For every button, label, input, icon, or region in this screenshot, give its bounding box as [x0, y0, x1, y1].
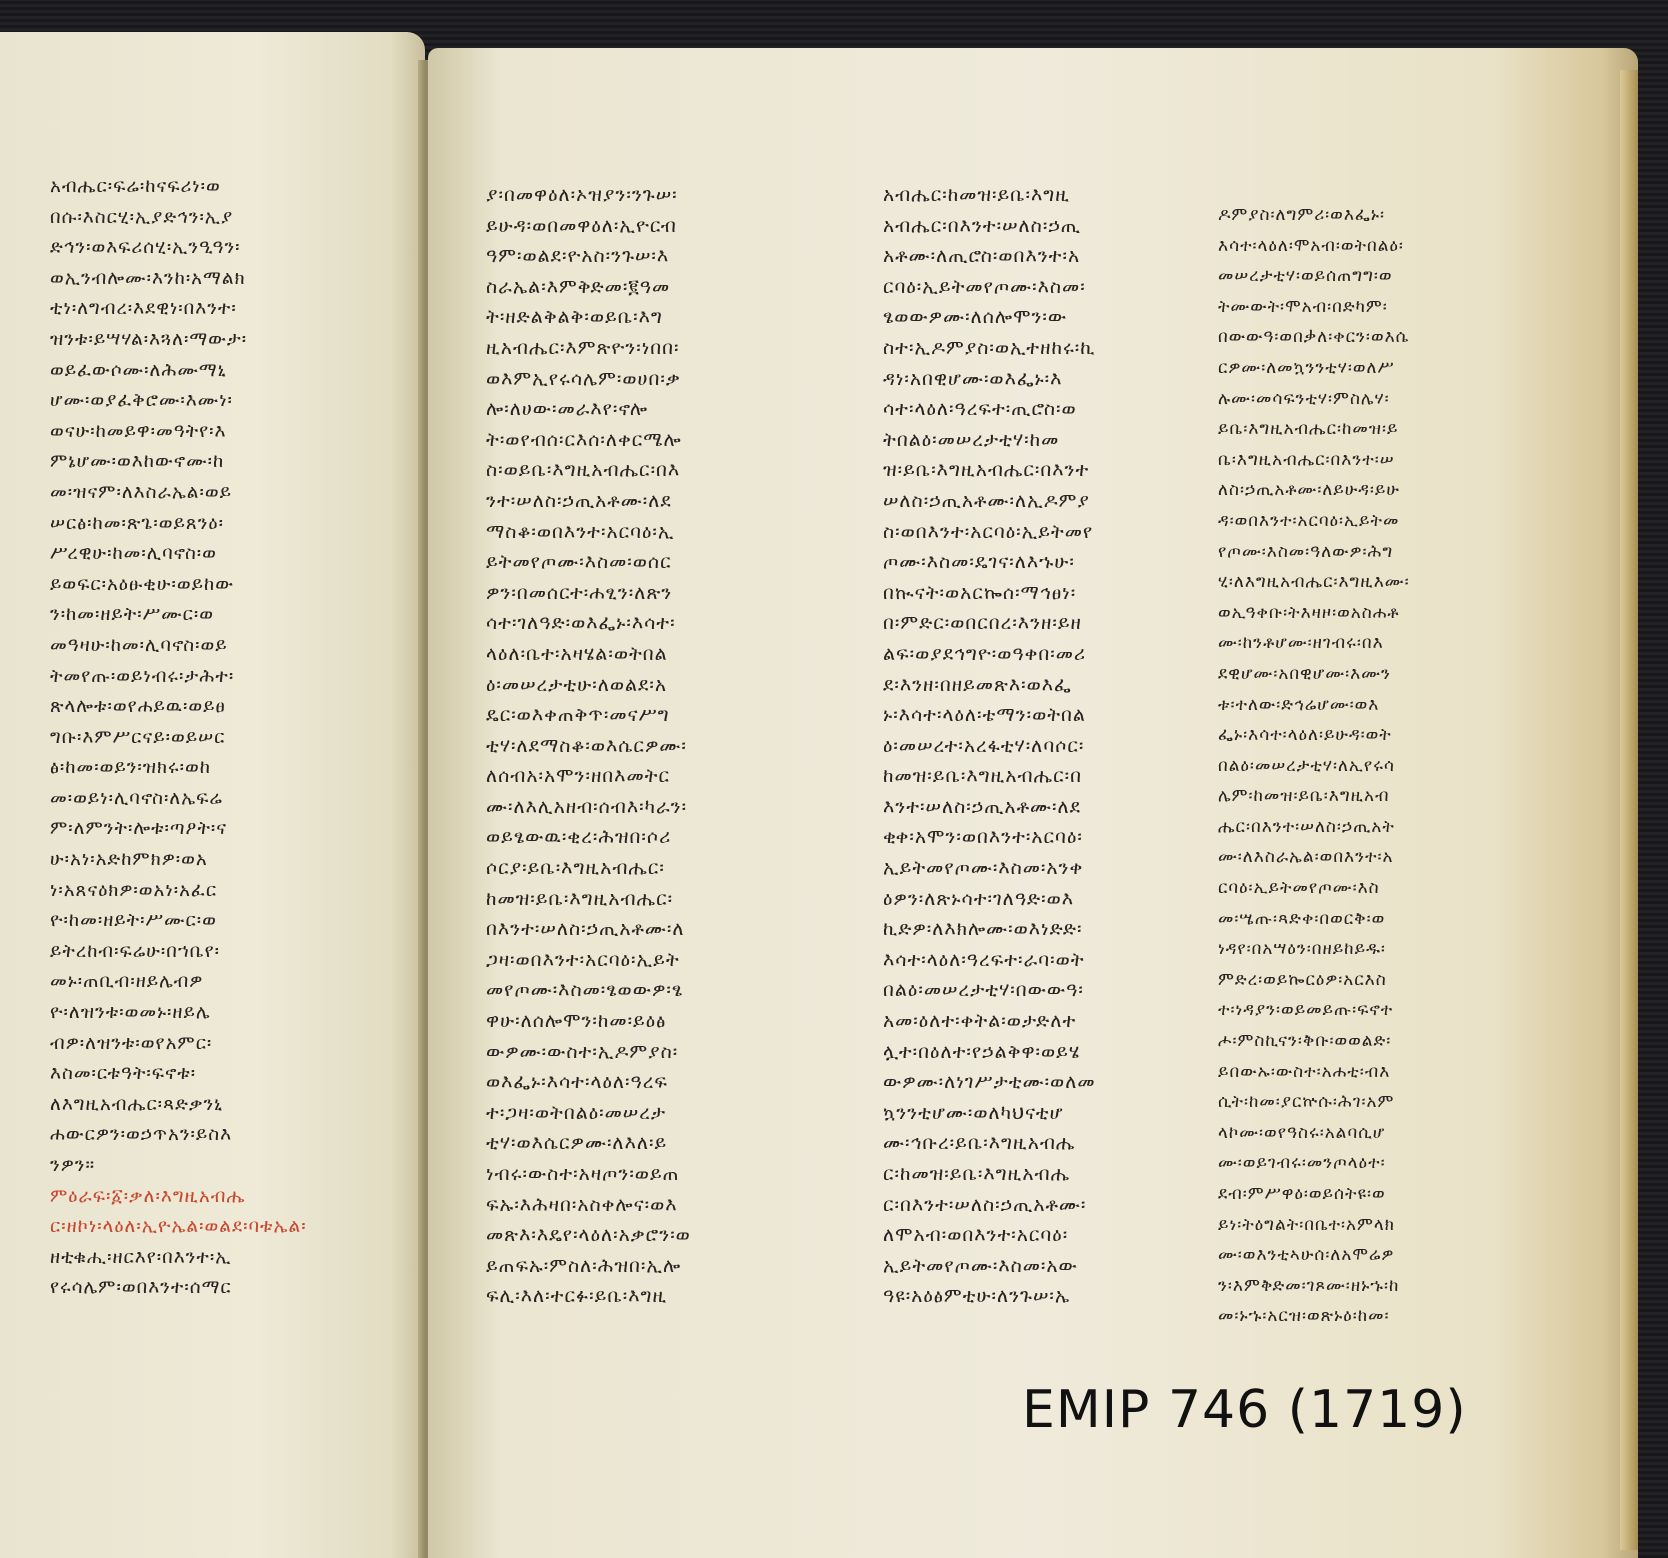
left-page: አብሔር፡ፍሬ፡ከናፍሪነ፡ወበሱ፡እስርሂ፡ኢያድኅን፡ኢያድኅን፡ወእፍሪሰ…: [0, 32, 425, 1558]
text-line: በኲናት፡ወአርኰሰ፡ማኅፀነ፡: [883, 578, 1096, 609]
text-line: ስተ፡ኢዶምያስ፡ወኢተዘከሩ፡ኪ: [883, 333, 1096, 364]
text-line: አብሔር፡በእንተ፡ሠለስ፡ኃጢ: [883, 211, 1096, 242]
text-line: ቲሃ፡ለደማስቆ፡ወእሴርዎሙ፡: [486, 731, 691, 762]
text-line: ር፡ዘኮነ፡ላዕለ፡ኢዮኤል፡ወልደ፡ባቱኤል፡: [50, 1212, 307, 1243]
text-line: ሐውርዎን፡ወኃጥአን፡ይስእ: [50, 1120, 307, 1151]
text-line: በልዕ፡መሠረታቲሃ፡ለኢየሩሳ: [1218, 751, 1410, 782]
text-line: ሶርያ፡ይቤ፡እግዚአብሔር፡: [486, 853, 691, 884]
text-line: ቤ፡እግዚአብሔር፡በእንተ፡ሠ: [1218, 445, 1410, 476]
text-line: ግቡ፡እምሥርናይ፡ወይሠር: [50, 723, 307, 754]
page-edges: [1620, 70, 1638, 1550]
text-line: ላዕለ፡ቤተ፡አዛሄል፡ወትበል: [486, 639, 691, 670]
text-line: ሥረዊሁ፡ከመ፡ሊባኖስ፡ወ: [50, 539, 307, 570]
text-line: ሌም፡ከመዝ፡ይቤ፡እግዚአብ: [1218, 781, 1410, 812]
text-line: መ፡ኑኁ፡አርዝ፡ወጽኑዕ፡ከመ፡: [1218, 1301, 1410, 1332]
text-line: ሔር፡በእንተ፡ሠለስ፡ኃጢአት: [1218, 812, 1410, 843]
text-line: ዚአብሔር፡እምጽዮን፡ነበበ፡: [486, 333, 691, 364]
text-line: እስመ፡ርቱዓት፡ፍኖቱ፡: [50, 1059, 307, 1090]
text-line: ፍኡ፡እሕዛበ፡አስቀሎና፡ወእ: [486, 1190, 691, 1221]
text-line: ር፡በእንተ፡ሠለስ፡ኃጢአቶሙ፡: [883, 1190, 1096, 1221]
text-line: ምዕራፍ፡፩፡ቃለ፡እግዚአብሔ: [50, 1182, 307, 1213]
text-line: ደዊሆሙ፡አበዊሆሙ፡እሙን: [1218, 659, 1410, 690]
text-line: መ፡ወይነ፡ሊባኖስ፡ለኤፍሬ: [50, 784, 307, 815]
text-line: ሁ፡አነ፡አድከምክዎ፡ወአ: [50, 845, 307, 876]
text-line: ላኮሙ፡ወየዓስሩ፡አልባሲሆ: [1218, 1118, 1410, 1149]
text-line: አቶሙ፡ለጢሮስ፡ወበእንተ፡አ: [883, 241, 1096, 272]
text-line: ፅ፡ከመ፡ወይን፡ዝክሩ፡ወከ: [50, 753, 307, 784]
text-line: ስራኤል፡እምቅድመ፡፪ዓመ: [486, 272, 691, 303]
text-line: ት፡ዘድልቅልቅ፡ወይቤ፡እግ: [486, 302, 691, 333]
text-line: ሙ፡ከንቶሆሙ፡ዘገብሩ፡በእ: [1218, 628, 1410, 659]
text-line: ዮ፡ከመ፡ዘይት፡ሥሙር፡ወ: [50, 906, 307, 937]
left-page-column: አብሔር፡ፍሬ፡ከናፍሪነ፡ወበሱ፡እስርሂ፡ኢያድኅን፡ኢያድኅን፡ወእፍሪሰ…: [50, 172, 307, 1304]
text-line: ደብ፡ምሥዋዕ፡ወይሰትዩ፡ወ: [1218, 1179, 1410, 1210]
text-line: አብሔር፡ከመዝ፡ይቤ፡እግዚ: [883, 180, 1096, 211]
text-line: ተ፡ጋዛ፡ወትበልዕ፡መሠረታ: [486, 1098, 691, 1129]
text-line: መ፡ዝናም፡ለእስራኤል፡ወይ: [50, 478, 307, 509]
text-line: ቱ፡ተለው፡ድኅሬሆሙ፡ወእ: [1218, 690, 1410, 721]
text-line: ፍሊ፡እለ፡ተርፉ፡ይቤ፡እግዚ: [486, 1281, 691, 1312]
text-line: ለእግዚአብሔር፡ጻድቃንኒ: [50, 1090, 307, 1121]
text-line: በሱ፡እስርሂ፡ኢያድኅን፡ኢያ: [50, 203, 307, 234]
text-line: አብሔር፡ፍሬ፡ከናፍሪነ፡ወ: [50, 172, 307, 203]
text-line: ፌኑ፡እሳተ፡ላዕለ፡ይሁዳ፡ወት: [1218, 720, 1410, 751]
text-line: ሙ፡ወይገብሩ፡መንጦላዕተ፡: [1218, 1148, 1410, 1179]
text-line: ኪድዎ፡ለእክሎሙ፡ወእነድድ፡: [883, 914, 1096, 945]
text-line: ኳንንቲሆሙ፡ወለካህናቲሆ: [883, 1098, 1096, 1129]
text-line: ዴር፡ወእቀጠቅጥ፡መናሥግ: [486, 700, 691, 731]
text-line: ሠለስ፡ኃጢአቶሙ፡ለኢዶምያ: [883, 486, 1096, 517]
text-line: ዋሁ፡ለሰሎሞን፡ከመ፡ይዕፅ: [486, 1006, 691, 1037]
text-line: ንዎን።: [50, 1151, 307, 1182]
text-line: ሙ፡ለእሊአዘብ፡ሰብእ፡ካራን፡: [486, 792, 691, 823]
text-line: ወኢዓቀቡ፡ትእዛዞ፡ወአስሐቶ: [1218, 598, 1410, 629]
text-line: ጦሙ፡እስመ፡ዴገና፡ለእኁሁ፡: [883, 547, 1096, 578]
text-line: እሳተ፡ላዕለ፡ሞአብ፡ወትበልዕ፡: [1218, 231, 1410, 262]
text-line: ብዎ፡ለዝንቱ፡ወየአምር፡: [50, 1029, 307, 1060]
text-line: ይበውኡ፡ውስተ፡አሐቲ፡ብእ: [1218, 1057, 1410, 1088]
text-line: ርዎሙ፡ለመኳንንቲሃ፡ወለሥ: [1218, 353, 1410, 384]
text-line: ወይፄውዉ፡ቂረ፡ሕዝበ፡ሶሪ: [486, 822, 691, 853]
text-line: ጽላሎቱ፡ወየሐይዉ፡ወይፀ: [50, 692, 307, 723]
text-line: ዓዩ፡አዕፅምቲሁ፡ለንጉሠ፡ኤ: [883, 1281, 1096, 1312]
text-line: ሲት፡ከመ፡ያርኵሱ፡ሕገ፡አም: [1218, 1087, 1410, 1118]
text-line: ለሞአብ፡ወበእንተ፡አርባዕ፡: [883, 1220, 1096, 1251]
text-line: ዕ፡መሠረታቲሁ፡ለወልደ፡አ: [486, 670, 691, 701]
text-line: የሩሳሌም፡ወበእንተ፡ሰማር: [50, 1273, 307, 1304]
text-line: ኢይትመየጦሙ፡እስመ፡አው: [883, 1251, 1096, 1282]
text-line: መየጦሙ፡እስመ፡ፄወውዎ፡ፄ: [486, 975, 691, 1006]
text-line: ይወፍር፡አዕፁቂሁ፡ወይከው: [50, 570, 307, 601]
text-line: ይነ፡ትዕግልት፡በቤተ፡አምላክ: [1218, 1210, 1410, 1241]
text-line: ሙ፡ኅቡረ፡ይቤ፡እግዚአብሔ: [883, 1128, 1096, 1159]
text-line: ተ፡ነዳያን፡ወይመይጡ፡ፍኖተ: [1218, 995, 1410, 1026]
right-page-column-1: ያ፡በመዋዕለ፡ኦዝያን፡ንጉሠ፡ይሁዳ፡ወበመዋዕለ፡ኢዮርብዓም፡ወልደ፡ዮ…: [486, 180, 691, 1312]
text-line: አመ፡ዕለተ፡ቀትል፡ወታድለተ: [883, 1006, 1096, 1037]
text-line: ንተ፡ሠለስ፡ኃጢአቶሙ፡ለደ: [486, 486, 691, 517]
text-line: ኢይትመየጦሙ፡እስመ፡አንቀ: [883, 853, 1096, 884]
text-line: ይጠፍኡ፡ምስለ፡ሕዝበ፡ኢሎ: [486, 1251, 691, 1282]
text-line: ለሰብአ፡አሞን፡ዘበእመትር: [486, 761, 691, 792]
text-line: ወእምኢየሩሳሌም፡ወሀበ፡ቃ: [486, 364, 691, 395]
text-line: ን፡እምቅድመ፡ገጾሙ፡ዘኑኁ፡ከ: [1218, 1271, 1410, 1302]
manuscript-label: EMIP 746 (1719): [1022, 1380, 1467, 1440]
text-line: ዮ፡ለዝንቱ፡ወመኑ፡ዘይሌ: [50, 998, 307, 1029]
text-line: ዓም፡ወልደ፡ዮአስ፡ንጉሠ፡እ: [486, 241, 691, 272]
text-line: ጋዛ፡ወበእንተ፡አርባዕ፡ኢይት: [486, 945, 691, 976]
text-line: ቲሃ፡ወእሴርዎሙ፡ለእለ፡ይ: [486, 1128, 691, 1159]
text-line: ኑ፡እሳተ፡ላዕለ፡ቴማን፡ወትበል: [883, 700, 1096, 731]
text-line: ትበልዕ፡መሠረታቲሃ፡ከመ: [883, 425, 1096, 456]
text-line: ርባዕ፡ኢይትመየጦሙ፡እስመ፡: [883, 272, 1096, 303]
text-line: ት፡ወየብሰ፡ርእሰ፡ለቀርሜሎ: [486, 425, 691, 456]
text-line: የጦሙ፡እስመ፡ዓለውዎ፡ሕግ: [1218, 537, 1410, 568]
text-line: ፄወውዎሙ፡ለሰሎሞን፡ው: [883, 302, 1096, 333]
text-line: ዕ፡መሠረተ፡አረፋቲሃ፡ለባሶር፡: [883, 731, 1096, 762]
text-line: ውዎሙ፡ለነገሥታቲሙ፡ወለመ: [883, 1067, 1096, 1098]
text-line: እሳተ፡ላዕለ፡ዓረፍተ፡ራባ፡ወት: [883, 945, 1096, 976]
text-line: ዳነ፡አበዊሆሙ፡ወእፌኑ፡እ: [883, 364, 1096, 395]
text-line: ትመየጡ፡ወይነብሩ፡ታሕተ፡: [50, 662, 307, 693]
text-line: ዎን፡በመሰርተ፡ሐፂን፡ለጽን: [486, 578, 691, 609]
text-line: ም፡ለምንት፡ሎቱ፡ጣዖት፡ና: [50, 814, 307, 845]
text-line: ሙ፡ወእንቲኣሁሰ፡ለአሞሬዎ: [1218, 1240, 1410, 1271]
text-line: ዘቲቁሒ፡ዘርእየ፡በእንተ፡ኢ: [50, 1243, 307, 1274]
text-line: መሠረታቲሃ፡ወይሰጠግግ፡ወ: [1218, 261, 1410, 292]
text-line: እንተ፡ሠለስ፡ኃጢአቶሙ፡ለደ: [883, 792, 1096, 823]
right-page: ያ፡በመዋዕለ፡ኦዝያን፡ንጉሠ፡ይሁዳ፡ወበመዋዕለ፡ኢዮርብዓም፡ወልደ፡ዮ…: [428, 48, 1638, 1558]
text-line: ርባዕ፡ኢይትመየጦሙ፡እስ: [1218, 873, 1410, 904]
text-line: ሖ፡ምስኪናን፡ቅቡ፡ወወልድ፡: [1218, 1026, 1410, 1057]
text-line: ምኔሆሙ፡ወእከውኖሙ፡ከ: [50, 447, 307, 478]
text-line: ይቤ፡እግዚአብሔር፡ከመዝ፡ይ: [1218, 414, 1410, 445]
text-line: ቲነ፡ለግብረ፡እደዊነ፡በእንተ፡: [50, 294, 307, 325]
text-line: ማስቆ፡ወበእንተ፡አርባዕ፡ኢ: [486, 517, 691, 548]
text-line: ሏተ፡በዕለተ፡የኃልቅዋ፡ወይሄ: [883, 1037, 1096, 1068]
text-line: በ፡ምድር፡ወበርበረ፡እንዘ፡ይዘ: [883, 608, 1096, 639]
text-line: ሳተ፡ላዕለ፡ዓረፍተ፡ጢሮስ፡ወ: [883, 394, 1096, 425]
text-line: ዳ፡ወበእንተ፡አርባዕ፡ኢይትመ: [1218, 506, 1410, 537]
text-line: ሎ፡ለሀው፡መራእየ፡ኖሎ: [486, 394, 691, 425]
text-line: ዶምያስ፡ለግምሪ፡ወእፌኑ፡: [1218, 200, 1410, 231]
text-line: ወኢንብሎሙ፡እንከ፡አማልክ: [50, 264, 307, 295]
text-line: ሠርፅ፡ከመ፡ጽጌ፡ወይጸንዕ፡: [50, 509, 307, 540]
text-line: ወእፌኑ፡እሳተ፡ላዕለ፡ዓረፍ: [486, 1067, 691, 1098]
text-line: ዝ፡ይቤ፡እግዚአብሔር፡በእንተ: [883, 455, 1096, 486]
text-line: ምድረ፡ወይኰርዕዎ፡አርእስ: [1218, 965, 1410, 996]
text-line: ለስ፡ኃጢአቶሙ፡ለይሁዳ፡ይሁ: [1218, 475, 1410, 506]
text-line: ደ፡እንዘ፡በዘይመጽእ፡ወእፌ: [883, 670, 1096, 701]
text-line: ይትመየጦሙ፡እስመ፡ወሰር: [486, 547, 691, 578]
text-line: ሆሙ፡ወያፈቅሮሙ፡እሙነ፡: [50, 386, 307, 417]
text-line: ይሁዳ፡ወበመዋዕለ፡ኢዮርብ: [486, 211, 691, 242]
text-line: መዓዛሁ፡ከመ፡ሊባኖስ፡ወይ: [50, 631, 307, 662]
text-line: ር፡ከመዝ፡ይቤ፡እግዚአብሔ: [883, 1159, 1096, 1190]
text-line: ነዳየ፡በአሣዕን፡በዘይከይዱ፡: [1218, 934, 1410, 965]
text-line: ሂ፡ለእግዚአብሔር፡እግዚእሙ፡: [1218, 567, 1410, 598]
text-line: ልፍ፡ወያደኅግዮ፡ወዓቀበ፡መሪ: [883, 639, 1096, 670]
text-line: በልዕ፡መሠረታቲሃ፡በውውዓ፡: [883, 975, 1096, 1006]
text-line: ዝንቱ፡ይሣሃል፡እጓለ፡ማውታ፡: [50, 325, 307, 356]
text-line: ቂቀ፡አሞን፡ወበእንተ፡አርባዕ፡: [883, 822, 1096, 853]
text-line: መጽእ፡እዴየ፡ላዕለ፡አቃሮን፡ወ: [486, 1220, 691, 1251]
text-line: ያ፡በመዋዕለ፡ኦዝያን፡ንጉሠ፡: [486, 180, 691, 211]
text-line: ሳተ፡ገለዓድ፡ወእፌኑ፡እሳተ፡: [486, 608, 691, 639]
text-line: ነ፡አጸናዕክዎ፡ወአነ፡አፈር: [50, 876, 307, 907]
text-line: ይትረከብ፡ፍሬሁ፡በኀቤየ፡: [50, 937, 307, 968]
text-line: ስ፡ወበእንተ፡አርባዕ፡ኢይትመየ: [883, 517, 1096, 548]
text-line: ነብሩ፡ውስተ፡አዛጦን፡ወይጠ: [486, 1159, 691, 1190]
text-line: ን፡ከመ፡ዘይት፡ሥሙር፡ወ: [50, 600, 307, 631]
text-line: በውውዓ፡ወበቃለ፡ቀርን፡ወእሴ: [1218, 322, 1410, 353]
text-line: መ፡ሤጡ፡ጻድቀ፡በወርቅ፡ወ: [1218, 904, 1410, 935]
text-line: ዕዎን፡ለጽኑሳተ፡ገለዓድ፡ወእ: [883, 884, 1096, 915]
text-line: ወናሁ፡ከመይዋ፡መዓትየ፡እ: [50, 417, 307, 448]
right-page-column-2: አብሔር፡ከመዝ፡ይቤ፡እግዚአብሔር፡በእንተ፡ሠለስ፡ኃጢአቶሙ፡ለጢሮስ፡…: [883, 180, 1096, 1312]
text-line: ውዎሙ፡ውስተ፡ኢዶምያስ፡: [486, 1037, 691, 1068]
text-line: ሙ፡ለእስራኤል፡ወበእንተ፡አ: [1218, 842, 1410, 873]
right-page-column-3: ዶምያስ፡ለግምሪ፡ወእፌኑ፡እሳተ፡ላዕለ፡ሞአብ፡ወትበልዕ፡መሠረታቲሃ፡…: [1218, 200, 1410, 1332]
text-line: ትሙውት፡ሞአብ፡በድካም፡: [1218, 292, 1410, 323]
text-line: በእንተ፡ሠለስ፡ኃጢአቶሙ፡ለ: [486, 914, 691, 945]
text-line: ድኅን፡ወእፍሪሰሂ፡ኢንዒዓን፡: [50, 233, 307, 264]
text-line: ወይፈውሶሙ፡ለሕሙማኒ: [50, 356, 307, 387]
text-line: ሉሙ፡መሳፍንቲሃ፡ምስሌሃ፡: [1218, 384, 1410, 415]
text-line: ስ፡ወይቤ፡እግዚአብሔር፡በእ: [486, 455, 691, 486]
text-line: ከመዝ፡ይቤ፡እግዚአብሔር፡: [486, 884, 691, 915]
text-line: ከመዝ፡ይቤ፡እግዚአብሔር፡በ: [883, 761, 1096, 792]
text-line: መኑ፡ጠቢብ፡ዘይሌብዎ: [50, 967, 307, 998]
